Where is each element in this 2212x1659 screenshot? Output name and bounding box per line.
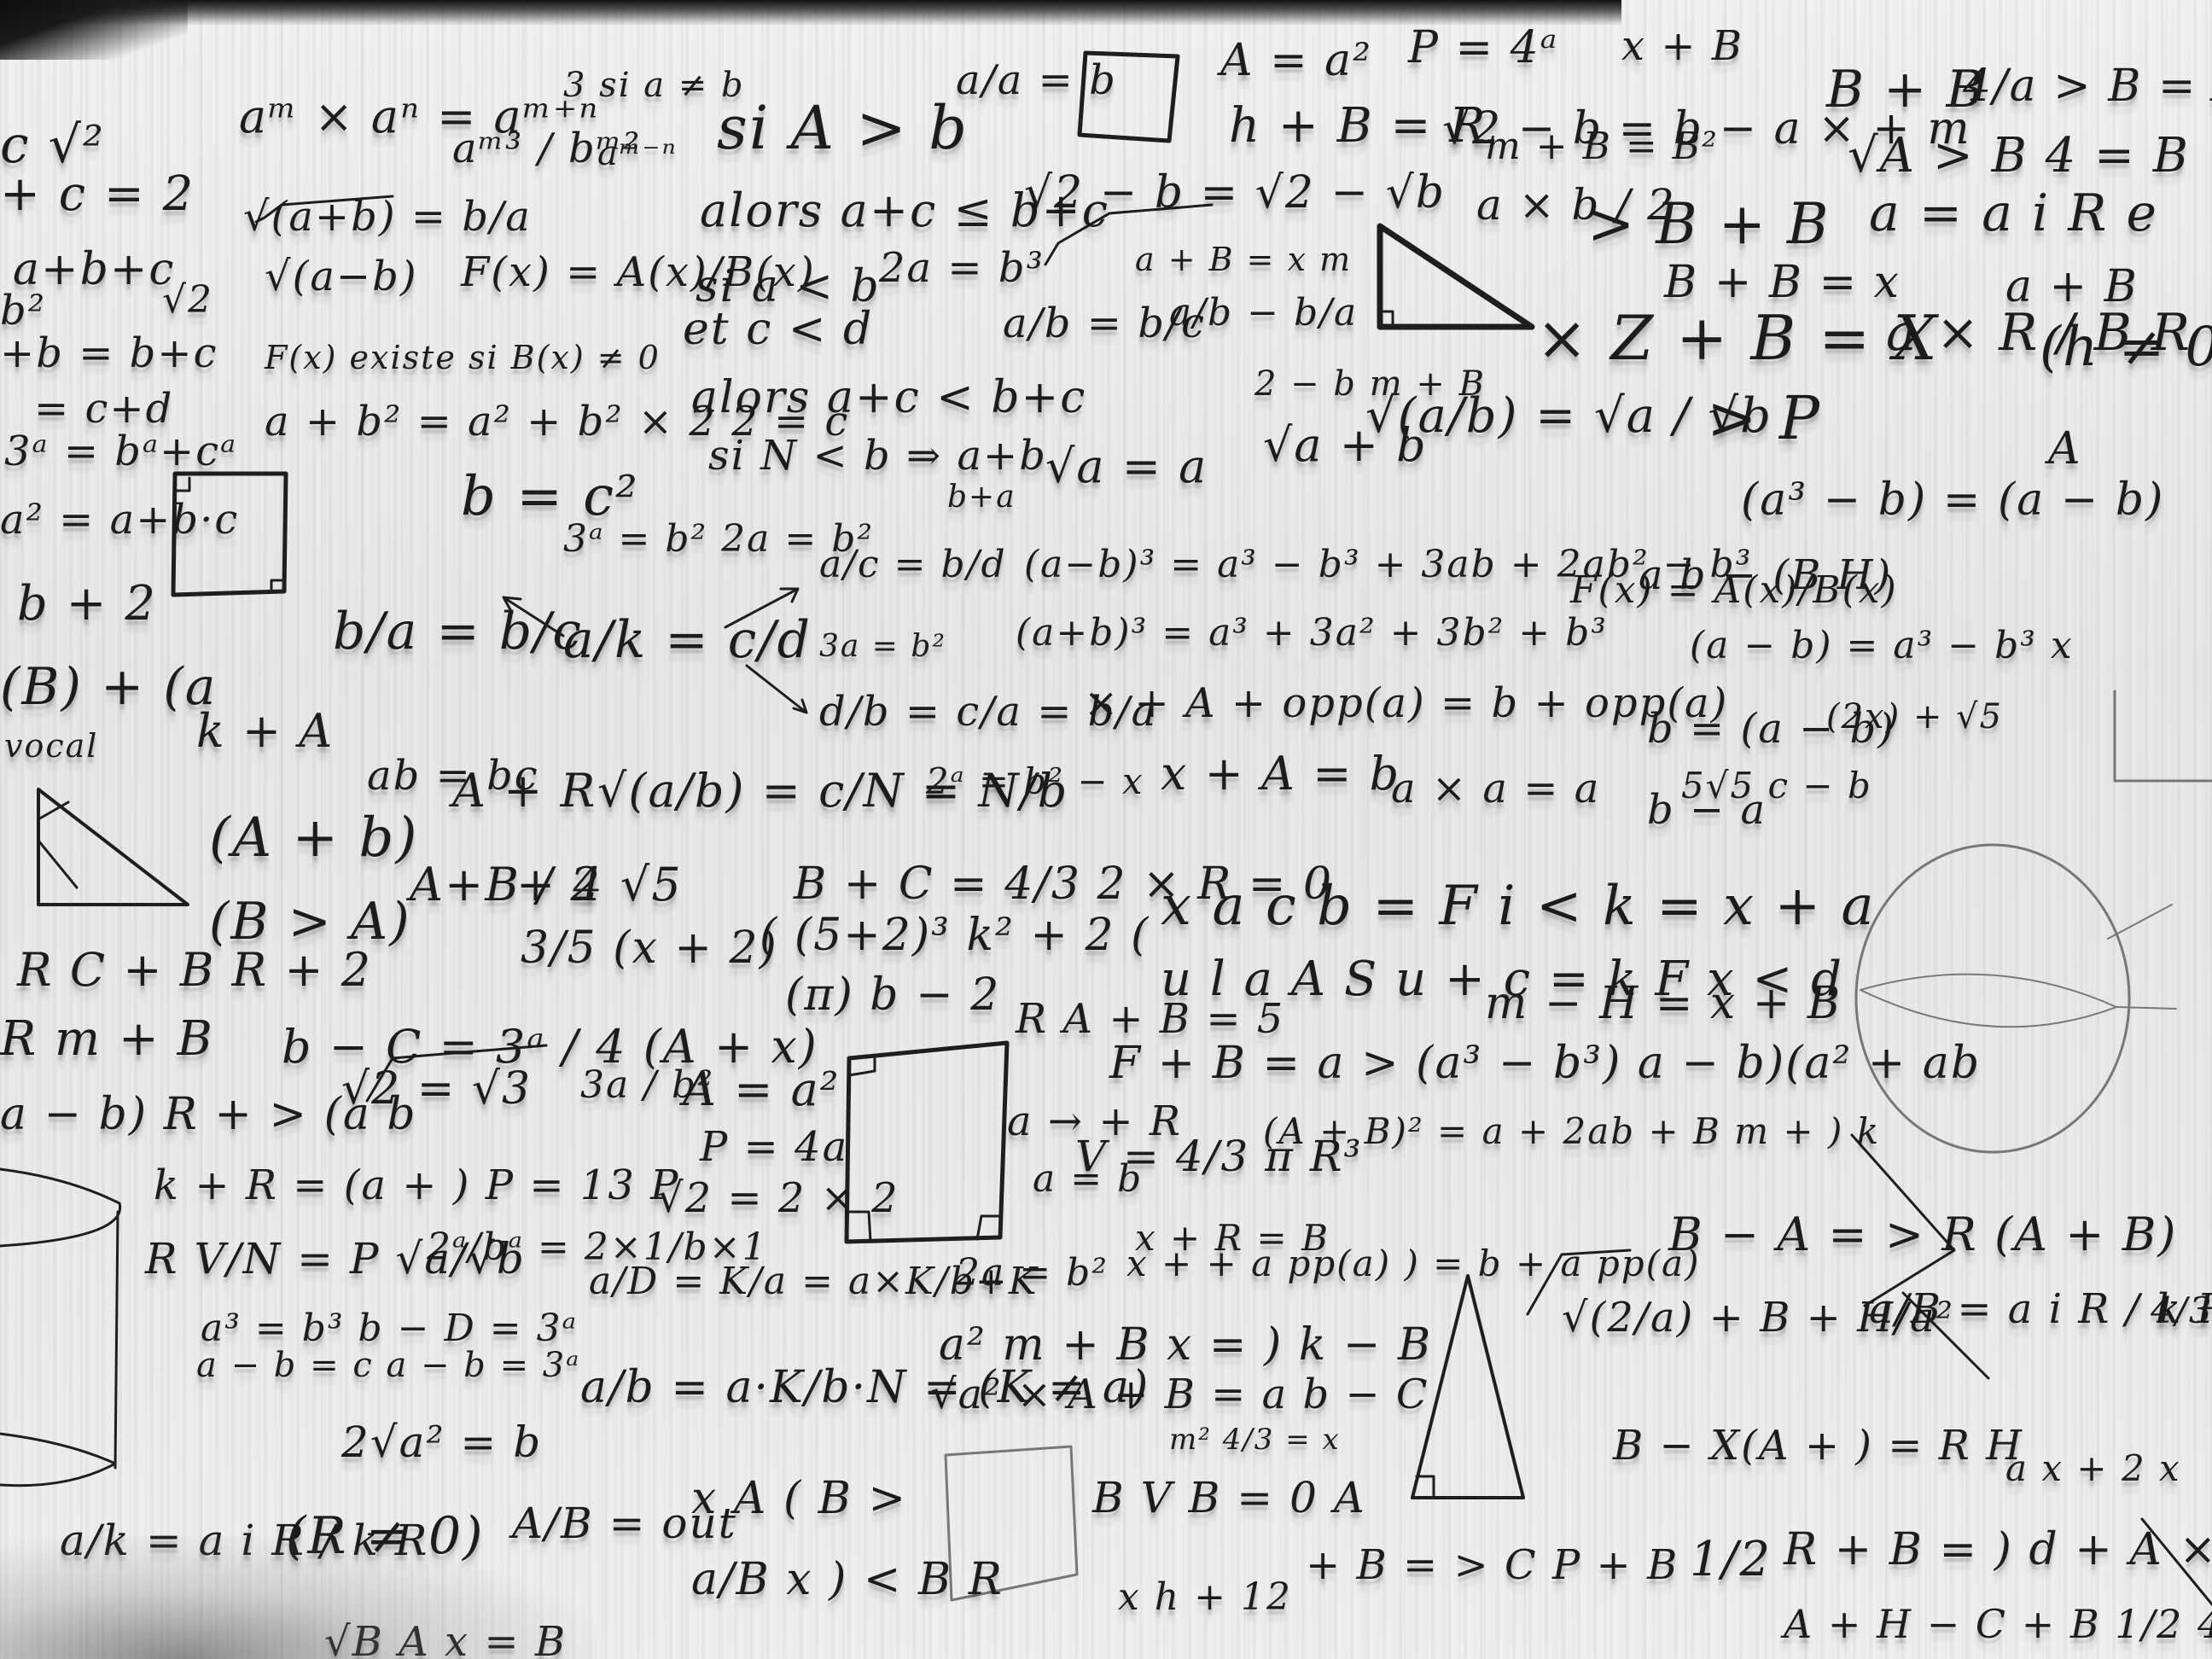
wall-photo: c √² + c = 2a+b+cb²√2+b = b+c= c+d3ᵃ = b… — [0, 0, 2212, 1659]
handwritten-equation: b+a — [947, 482, 1016, 513]
handwritten-equation: a² = a+b·c — [0, 499, 239, 540]
handwritten-equation: x + + a pp(a) ) = b + a pp(a) — [1126, 1246, 1700, 1282]
handwritten-equation: 2√a² = b — [341, 1421, 542, 1464]
triangle-figure — [1380, 226, 1532, 327]
handwritten-equation: 5√5 c − b — [1681, 768, 1872, 804]
handwritten-equation: √2 − b = √2 − √b — [1024, 171, 1446, 215]
handwritten-equation: (A + B)² = a + 2ab + B m + ) k — [1263, 1114, 1880, 1150]
handwritten-equation: + 4 √5 — [516, 862, 683, 908]
handwritten-equation: B + B = x — [1664, 260, 1901, 305]
handwritten-equation: vocal — [4, 730, 98, 762]
handwritten-equation: a/B x ) < B R — [691, 1557, 1004, 1602]
handwritten-equation: (A + b) — [209, 811, 418, 865]
handwritten-equation: ( (5+2)³ k² + 2 ( — [760, 913, 1150, 958]
handwritten-equation: + c = 2 — [0, 171, 195, 218]
handwritten-equation: R A + B = 5 — [1016, 998, 1284, 1039]
handwritten-equation: si a < b — [696, 265, 881, 309]
handwritten-equation: B − X(A + ) = R H — [1613, 1425, 2023, 1466]
handwritten-equation: alors a+c < b+c — [691, 375, 1086, 420]
handwritten-equation: A = a² — [1220, 38, 1372, 83]
handwritten-equation: 2a = b² — [956, 1254, 1109, 1292]
handwritten-equation: a/a = b — [956, 60, 1117, 101]
handwritten-equation: √a = a — [1045, 444, 1208, 490]
handwritten-equation: 2ᵃ = b² − x — [926, 764, 1144, 800]
handwritten-equation: m − H = x + B — [1485, 981, 1842, 1026]
handwritten-equation: k + R = (a + ) P = 13 P — [154, 1165, 679, 1206]
handwritten-equation: √2 — [162, 282, 213, 319]
handwritten-equation: R + B = ) d + A × — [1784, 1528, 2212, 1572]
handwritten-equation: (a³ − b) = (a − b) — [1741, 478, 2164, 522]
arrow — [747, 666, 806, 713]
handwritten-equation: 3a = b² — [819, 632, 946, 662]
handwritten-equation: a³ = b³ b − D = 3ᵃ — [201, 1310, 578, 1348]
handwritten-equation: b/a = b/c — [333, 606, 583, 657]
handwritten-equation: (B) + (a — [0, 661, 218, 713]
handwritten-equation: x a c b = F i < k = x + a — [1161, 879, 1876, 934]
handwritten-equation: A + H − C + B 1/2 4/3 — [1784, 1604, 2212, 1644]
handwritten-equation: + B = > C P + B — [1306, 1545, 1679, 1586]
sphere-figure — [1856, 845, 2129, 1152]
handwritten-equation: (π) b − 2 — [785, 973, 1000, 1017]
handwritten-equation: a/b − b/a — [1169, 294, 1358, 332]
handwritten-equation: 1/2 — [1690, 1536, 1772, 1584]
handwritten-equation: F + B = a > (a³ − b³) a − b)(a² + ab — [1109, 1041, 1981, 1086]
handwritten-equation: a² m + B x = ) k − B — [939, 1323, 1432, 1367]
handwritten-equation: a+b+c — [13, 247, 176, 292]
handwritten-equation: B V B = 0 A — [1092, 1476, 1366, 1519]
handwritten-equation: b = (a − b) — [1647, 708, 1895, 749]
handwritten-equation: aᵐ⁻ⁿ — [597, 137, 678, 171]
handwritten-equation: a/k = c/d — [563, 614, 812, 666]
handwritten-equation: a + B = x m — [1135, 243, 1352, 276]
triangle-figure — [2115, 691, 2212, 781]
handwritten-equation: B + B — [1826, 64, 1986, 115]
handwritten-equation: R m + B — [0, 1016, 214, 1063]
handwritten-equation: > B + B — [1587, 196, 1831, 253]
handwritten-equation: 4/3 — [2151, 1293, 2212, 1329]
handwritten-equation: b + 2 — [17, 580, 157, 628]
handwritten-equation: A — [2048, 427, 2082, 471]
handwritten-equation: b² — [0, 290, 46, 331]
handwritten-equation: x + A = b — [1161, 751, 1400, 797]
handwritten-equation: x h + 12 — [1118, 1579, 1292, 1616]
handwritten-equation: A + R — [452, 768, 597, 814]
handwritten-equation: P = 4ᵃ — [1408, 26, 1558, 70]
handwritten-equation: R C + B R + 2 — [17, 947, 372, 993]
handwritten-equation: (a − b) = a³ − b³ x — [1690, 627, 2074, 665]
handwritten-equation: c √² — [0, 119, 105, 171]
handwritten-equation: √A > B 4 = B — [1848, 132, 2190, 180]
handwritten-equation: (B > A) — [209, 896, 411, 947]
handwritten-equation: × + A + opp(a) = b + opp(a) — [1084, 683, 1728, 724]
handwritten-equation: si N < b ⇒ a+b — [708, 435, 1047, 476]
handwritten-equation: a = a i R e — [1869, 188, 2158, 239]
handwritten-equation: et c < d — [683, 307, 873, 352]
handwritten-equation: a − b = c a − b = 3ᵃ — [196, 1348, 580, 1382]
handwritten-equation: si A > b — [717, 98, 969, 158]
blurred-foreground-object — [0, 1536, 597, 1659]
handwritten-equation: a b − (B H) — [1639, 555, 1892, 596]
handwritten-equation: m + B = B² — [1485, 128, 1719, 166]
handwritten-equation: √(a−b) — [265, 256, 418, 297]
handwritten-equation: 3ᵃ = bᵃ+cᵃ — [4, 431, 237, 472]
handwritten-equation: > P — [1707, 388, 1821, 448]
handwritten-equation: (h ≠ 0) — [2040, 320, 2212, 375]
handwritten-equation: 2a = b³ — [879, 247, 1045, 288]
handwritten-equation: √(a+b) = b/a — [243, 196, 532, 237]
handwritten-equation: 4/a > B = A — [1963, 64, 2212, 108]
handwritten-equation: a x + 2 x — [2005, 1451, 2181, 1487]
handwritten-equation: = c+d — [34, 388, 173, 429]
handwritten-equation: b = c² — [461, 469, 639, 524]
handwritten-equation: √2 = 2 × 2 — [657, 1178, 899, 1219]
handwritten-equation: F(x) existe si B(x) ≠ 0 — [265, 341, 661, 374]
handwritten-equation: √a² × A + B = a b − C — [930, 1374, 1429, 1415]
handwritten-equation: × Z + B = X — [1536, 307, 1939, 369]
handwritten-equation: √2 = √3 — [341, 1067, 532, 1111]
handwritten-equation: (a+b)³ = a³ + 3a² + 3b² + b³ — [1016, 614, 1608, 652]
handwritten-equation: a/c = b/d — [819, 546, 1007, 584]
handwritten-equation: A = a² — [683, 1067, 840, 1113]
handwritten-equation: x + B — [1621, 26, 1743, 67]
handwritten-equation: P = 4a — [700, 1126, 848, 1167]
handwritten-equation: +b = b+c — [0, 333, 218, 374]
handwritten-equation: 3/5 (x + 2) — [521, 926, 778, 970]
handwritten-equation: x A ( B > — [691, 1476, 907, 1521]
cylinder-figure — [0, 1169, 120, 1246]
handwritten-equation: B − A = > R (A + B) — [1668, 1212, 2177, 1258]
handwritten-equation: k + A — [196, 708, 334, 754]
handwritten-equation: a × a = a — [1391, 768, 1600, 809]
handwritten-equation: m² 4/3 = x — [1169, 1425, 1341, 1454]
